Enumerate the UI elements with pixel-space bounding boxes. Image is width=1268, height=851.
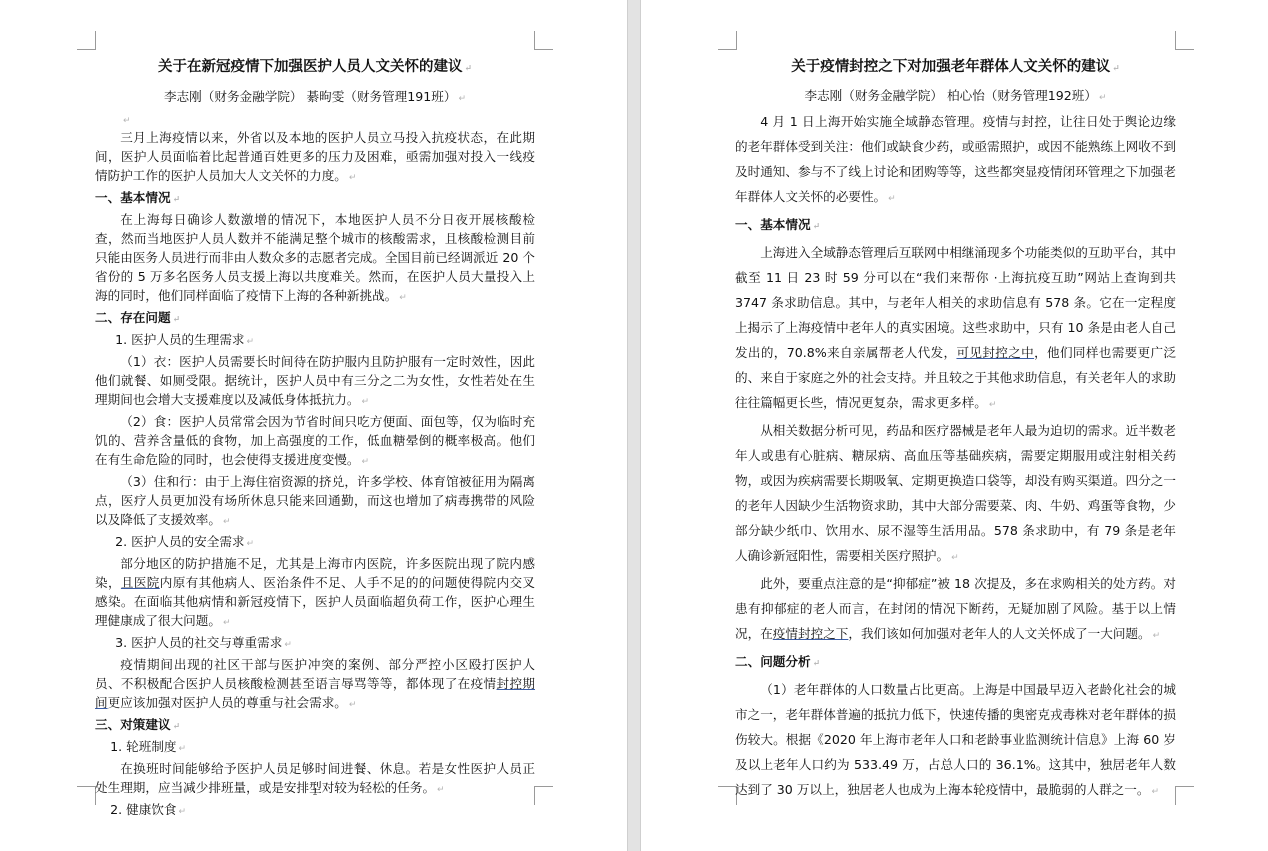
intro-paragraph: 三月上海疫情以来，外省以及本地的医护人员立马投入抗疫状态，在此期间，医护人员面临… <box>95 128 535 188</box>
empty-paragraph: ↵ <box>95 109 535 128</box>
section-heading-problems: 二、存在问题↵ <box>95 308 535 330</box>
margin-corner-bottom-right <box>1175 786 1194 805</box>
grammar-underline: 且医院 <box>121 575 160 590</box>
paragraph: 部分地区的防护措施不足，尤其是上海市内医院，许多医院出现了院内感染，且医院内原有… <box>95 554 535 633</box>
page-body[interactable]: 关于疫情封控之下对加强老年群体人文关怀的建议↵ 李志刚（财务金融学院） 柏心怡（… <box>735 55 1176 805</box>
grammar-underline: 可见封控之中 <box>956 345 1034 360</box>
margin-corner-top-right <box>1175 31 1194 50</box>
margin-corner-top-left <box>77 31 96 50</box>
section-heading-basic-situation: 一、基本情况↵ <box>95 188 535 210</box>
paragraph: （1）衣：医护人员需要长时间待在防护服内且防护服有一定时效性，因此他们就餐、如厕… <box>95 352 535 412</box>
paragraph: 上海进入全域静态管理后互联网中相继涌现多个功能类似的互助平台，其中截至 11 日… <box>735 240 1176 418</box>
document-page-left[interactable]: 1 关于在新冠疫情下加强医护人员人文关怀的建议↵ 李志刚（财务金融学院） 綦昫雯… <box>0 0 627 851</box>
paragraph: 疫情期间出现的社区干部与医护冲突的案例、部分严控小区殴打医护人员、不积极配合医护… <box>95 655 535 715</box>
paragraph: 此外，要重点注意的是“抑郁症”被 18 次提及，多在求购相关的处方药。对患有抑郁… <box>735 571 1176 649</box>
paragraph: （1）老年群体的人口数量占比更高。上海是中国最早迈入老龄化社会的城市之一，老年群… <box>735 677 1176 805</box>
subheading-shift-system: 1. 轮班制度↵ <box>95 737 535 759</box>
margin-corner-bottom-left <box>77 786 96 805</box>
paragraph: （3）住和行：由于上海住宿资源的挤兑，许多学校、体育馆被征用为隔离点，医疗人员更… <box>95 472 535 532</box>
intro-paragraph: 4 月 1 日上海开始实施全域静态管理。疫情与封控，让往日处于舆论边缘的老年群体… <box>735 109 1176 212</box>
subheading-physiological-needs: 1. 医护人员的生理需求↵ <box>95 330 535 352</box>
margin-corner-top-right <box>534 31 553 50</box>
subheading-healthy-diet: 2. 健康饮食↵ <box>95 800 535 822</box>
margin-corner-top-left <box>718 31 737 50</box>
section-heading-analysis: 二、问题分析↵ <box>735 649 1176 677</box>
document-page-right[interactable]: 1 关于疫情封控之下对加强老年群体人文关怀的建议↵ 李志刚（财务金融学院） 柏心… <box>641 0 1268 851</box>
subheading-social-needs: 3. 医护人员的社交与尊重需求↵ <box>95 633 535 655</box>
paragraph: 在换班时间能够给予医护人员足够时间进餐、休息。若是女性医护人员正处生理期，应当减… <box>95 759 535 800</box>
section-heading-basic-situation: 一、基本情况↵ <box>735 212 1176 240</box>
subheading-safety-needs: 2. 医护人员的安全需求↵ <box>95 532 535 554</box>
paragraph: （2）食：医护人员常常会因为节省时间只吃方便面、面包等，仅为临时充饥的、营养含量… <box>95 412 535 472</box>
authors-line: 李志刚（财务金融学院） 柏心怡（财务管理192班）↵ <box>735 85 1176 109</box>
authors-line: 李志刚（财务金融学院） 綦昫雯（财务管理191班）↵ <box>95 87 535 109</box>
grammar-underline: 疫情封控之下 <box>773 626 849 641</box>
paragraph: 从相关数据分析可见，药品和医疗器械是老年人最为迫切的需求。近半数老年人或患有心脏… <box>735 418 1176 571</box>
margin-corner-bottom-right <box>534 786 553 805</box>
page-body[interactable]: 关于在新冠疫情下加强医护人员人文关怀的建议↵ 李志刚（财务金融学院） 綦昫雯（财… <box>95 55 535 822</box>
document-title: 关于在新冠疫情下加强医护人员人文关怀的建议↵ <box>95 55 535 81</box>
document-title: 关于疫情封控之下对加强老年群体人文关怀的建议↵ <box>735 55 1176 81</box>
paragraph: 在上海每日确诊人数激增的情况下，本地医护人员不分日夜开展核酸检查，然而当地医护人… <box>95 210 535 308</box>
section-heading-recommendations: 三、对策建议↵ <box>95 715 535 737</box>
page-gutter <box>627 0 641 851</box>
